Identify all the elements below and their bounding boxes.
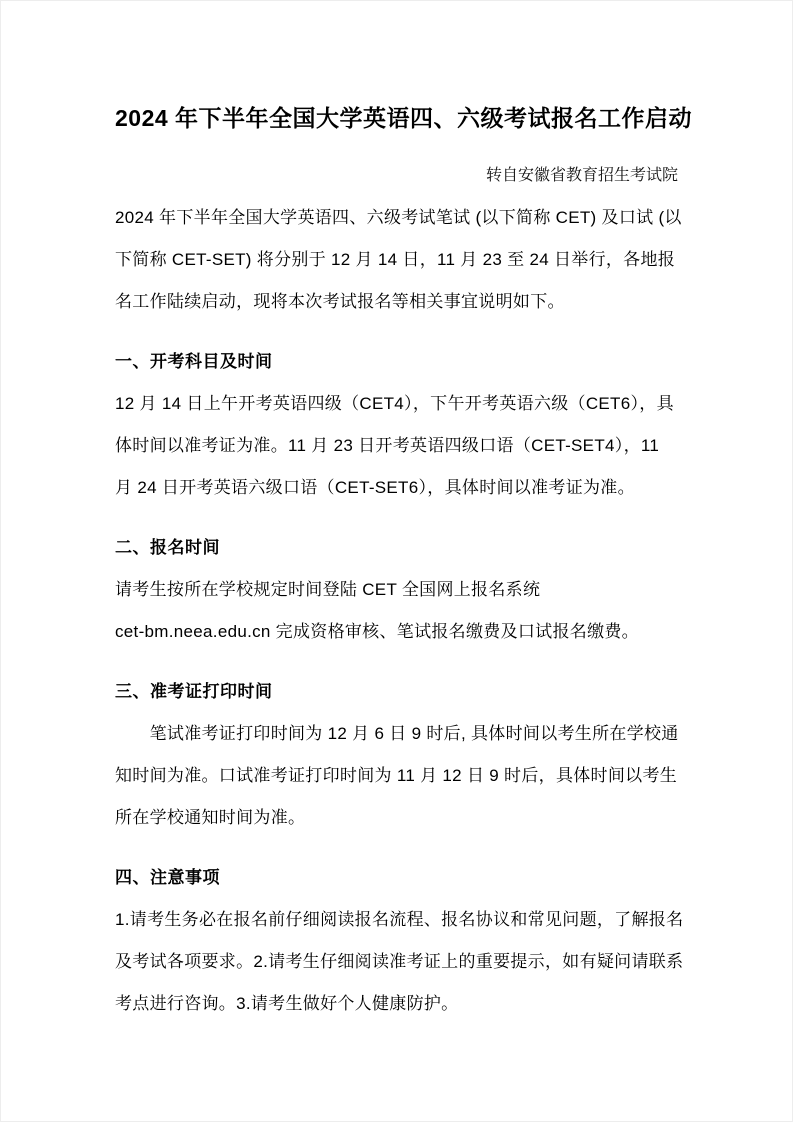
document-content: 2024 年下半年全国大学英语四、六级考试报名工作启动 转自安徽省教育招生考试院… <box>1 97 792 1025</box>
text-line: 12 月 14 日上午开考英语四级（CET4），下午开考英语六级（CET6），具 <box>115 383 678 425</box>
section-4-paragraph: 1.请考生务必在报名前仔细阅读报名流程、报名协议和常见问题，了解报名及考试各项要… <box>115 899 678 1025</box>
text-line: 请考生按所在学校规定时间登陆 CET 全国网上报名系统 <box>115 569 678 611</box>
section-3-paragraph: 笔试准考证打印时间为 12 月 6 日 9 时后, 具体时间以考生所在学校通知时… <box>115 713 678 839</box>
intro-paragraph: 2024 年下半年全国大学英语四、六级考试笔试 (以下简称 CET) 及口试 (… <box>115 197 678 323</box>
text-line: 下简称 CET-SET) 将分别于 12 月 14 日，11 月 23 至 24… <box>115 239 678 281</box>
section-1-paragraph: 12 月 14 日上午开考英语四级（CET4），下午开考英语六级（CET6），具… <box>115 383 678 509</box>
document-page: 2024 年下半年全国大学英语四、六级考试报名工作启动 转自安徽省教育招生考试院… <box>0 0 793 1122</box>
section-2-heading: 二、报名时间 <box>115 527 678 569</box>
text-line: 考点进行咨询。3.请考生做好个人健康防护。 <box>115 983 678 1025</box>
text-line: cet-bm.neea.edu.cn 完成资格审核、笔试报名缴费及口试报名缴费。 <box>115 611 678 653</box>
text-line: 1.请考生务必在报名前仔细阅读报名流程、报名协议和常见问题，了解报名 <box>115 899 678 941</box>
text-line: 所在学校通知时间为准。 <box>115 797 678 839</box>
byline-source: 转自安徽省教育招生考试院 <box>115 155 678 197</box>
section-4-heading: 四、注意事项 <box>115 857 678 899</box>
text-line: 笔试准考证打印时间为 12 月 6 日 9 时后, 具体时间以考生所在学校通 <box>115 713 678 755</box>
section-2-paragraph: 请考生按所在学校规定时间登陆 CET 全国网上报名系统cet-bm.neea.e… <box>115 569 678 653</box>
text-line: 体时间以准考证为准。11 月 23 日开考英语四级口语（CET-SET4），11 <box>115 425 678 467</box>
text-line: 知时间为准。口试准考证打印时间为 11 月 12 日 9 时后，具体时间以考生 <box>115 755 678 797</box>
text-line: 及考试各项要求。2.请考生仔细阅读准考证上的重要提示，如有疑问请联系 <box>115 941 678 983</box>
section-3-heading: 三、准考证打印时间 <box>115 671 678 713</box>
text-line: 名工作陆续启动，现将本次考试报名等相关事宜说明如下。 <box>115 281 678 323</box>
document-title: 2024 年下半年全国大学英语四、六级考试报名工作启动 <box>115 97 678 139</box>
section-1-heading: 一、开考科目及时间 <box>115 341 678 383</box>
text-line: 2024 年下半年全国大学英语四、六级考试笔试 (以下简称 CET) 及口试 (… <box>115 197 678 239</box>
text-line: 月 24 日开考英语六级口语（CET-SET6），具体时间以准考证为准。 <box>115 467 678 509</box>
